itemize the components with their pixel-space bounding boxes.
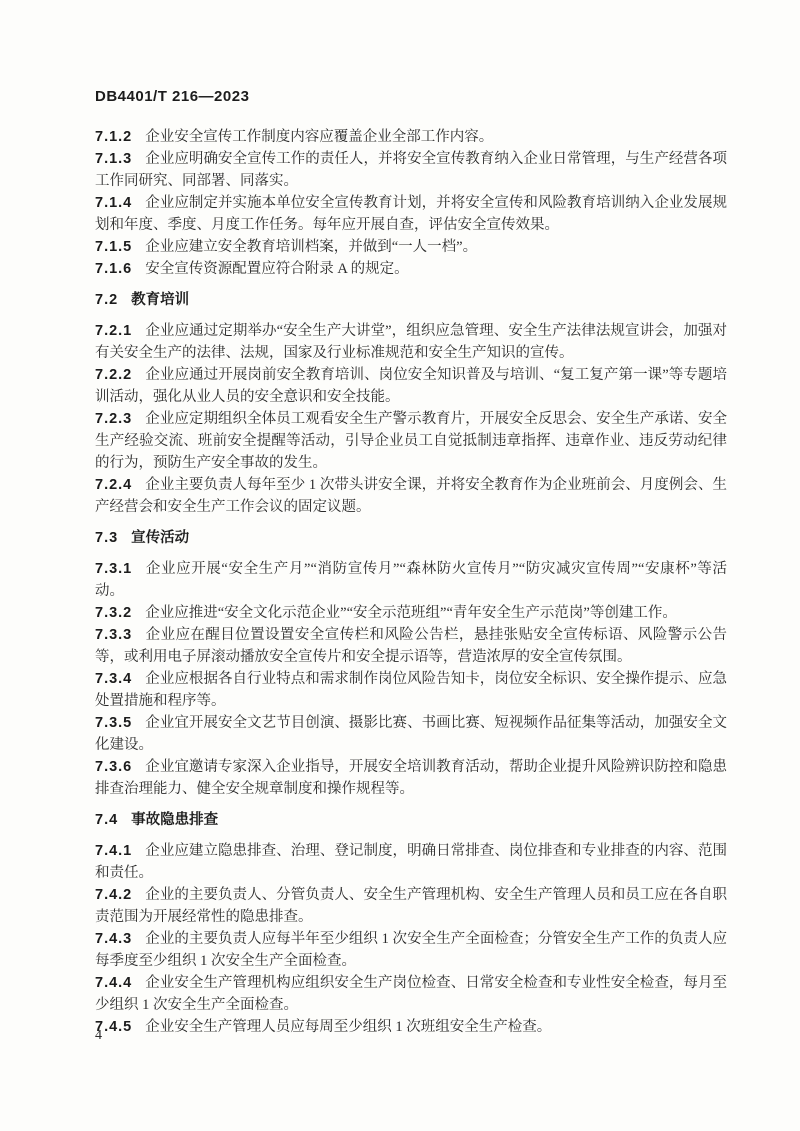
clause-number: 7.3 [95, 530, 118, 546]
clause-text: 企业安全生产管理人员应每周至少组织 1 次班组安全生产检查。 [145, 1019, 551, 1035]
clause-paragraph: 7.3.2企业应推进“安全文化示范企业”“安全示范班组”“青年安全生产示范岗”等… [95, 602, 727, 624]
clause-number: 7.3.2 [95, 605, 132, 621]
standard-code-header: DB4401/T 216—2023 [95, 88, 249, 105]
clause-paragraph: 7.4.4企业安全生产管理机构应组织安全生产岗位检查、日常安全检查和专业性安全检… [95, 972, 727, 1016]
section-heading: 7.4事故隐患排查 [95, 809, 727, 831]
clause-number: 7.1.2 [95, 129, 132, 145]
clause-text: 企业应通过定期举办“安全生产大讲堂”，组织应急管理、安全生产法律法规宣讲会，加强… [95, 323, 727, 361]
clause-text: 企业应明确安全宣传工作的责任人，并将安全宣传教育纳入企业日常管理，与生产经营各项… [95, 151, 727, 189]
clause-paragraph: 7.3.3企业应在醒目位置设置安全宣传栏和风险公告栏，悬挂张贴安全宣传标语、风险… [95, 624, 727, 668]
clause-number: 7.2.2 [95, 367, 132, 383]
clause-text: 企业应建立隐患排查、治理、登记制度，明确日常排查、岗位排查和专业排查的内容、范围… [95, 843, 727, 881]
clause-paragraph: 7.1.5企业应建立安全教育培训档案，并做到“一人一档”。 [95, 236, 727, 258]
clause-text: 企业应在醒目位置设置安全宣传栏和风险公告栏，悬挂张贴安全宣传标语、风险警示公告等… [95, 627, 727, 665]
clause-number: 7.2.1 [95, 323, 132, 339]
clause-text: 安全宣传资源配置应符合附录 A 的规定。 [145, 261, 408, 277]
clause-number: 7.3.4 [95, 671, 132, 687]
clause-number: 7.4 [95, 812, 118, 828]
clause-number: 7.4.4 [95, 975, 132, 991]
clause-paragraph: 7.4.2企业的主要负责人、分管负责人、安全生产管理机构、安全生产管理人员和员工… [95, 884, 727, 928]
page-number: 4 [95, 1028, 102, 1044]
clause-paragraph: 7.4.1企业应建立隐患排查、治理、登记制度，明确日常排查、岗位排查和专业排查的… [95, 840, 727, 884]
clause-number: 7.1.5 [95, 239, 132, 255]
clause-paragraph: 7.1.3企业应明确安全宣传工作的责任人，并将安全宣传教育纳入企业日常管理，与生… [95, 148, 727, 192]
clause-text: 企业应制定并实施本单位安全宣传教育计划，并将安全宣传和风险教育培训纳入企业发展规… [95, 195, 727, 233]
clause-paragraph: 7.3.6企业宜邀请专家深入企业指导，开展安全培训教育活动，帮助企业提升风险辨识… [95, 756, 727, 800]
clause-number: 7.3.5 [95, 715, 132, 731]
clause-text: 企业安全生产管理机构应组织安全生产岗位检查、日常安全检查和专业性安全检查，每月至… [95, 975, 727, 1013]
clause-paragraph: 7.3.5企业宜开展安全文艺节目创演、摄影比赛、书画比赛、短视频作品征集等活动，… [95, 712, 727, 756]
clause-paragraph: 7.2.1企业应通过定期举办“安全生产大讲堂”，组织应急管理、安全生产法律法规宣… [95, 320, 727, 364]
clause-paragraph: 7.4.3企业的主要负责人应每半年至少组织 1 次安全生产全面检查；分管安全生产… [95, 928, 727, 972]
clause-paragraph: 7.4.5企业安全生产管理人员应每周至少组织 1 次班组安全生产检查。 [95, 1016, 727, 1038]
clause-paragraph: 7.2.3企业应定期组织全体员工观看安全生产警示教育片，开展安全反思会、安全生产… [95, 408, 727, 474]
clause-text: 企业应推进“安全文化示范企业”“安全示范班组”“青年安全生产示范岗”等创建工作。 [145, 605, 677, 621]
clause-number: 7.1.6 [95, 261, 132, 277]
clause-paragraph: 7.1.4企业应制定并实施本单位安全宣传教育计划，并将安全宣传和风险教育培训纳入… [95, 192, 727, 236]
clause-text: 企业主要负责人每年至少 1 次带头讲安全课，并将安全教育作为企业班前会、月度例会… [95, 477, 727, 515]
clause-text: 企业应开展“安全生产月”“消防宣传月”“森林防火宣传月”“防灾减灾宣传周”“安康… [95, 561, 727, 599]
document-page: DB4401/T 216—2023 7.1.2企业安全宣传工作制度内容应覆盖企业… [0, 0, 800, 1131]
clause-text: 企业应建立安全教育培训档案，并做到“一人一档”。 [145, 239, 477, 255]
clause-text: 企业应通过开展岗前安全教育培训、岗位安全知识普及与培训、“复工复产第一课”等专题… [95, 367, 727, 405]
clause-text: 企业的主要负责人应每半年至少组织 1 次安全生产全面检查；分管安全生产工作的负责… [95, 931, 727, 969]
clause-number: 7.4.3 [95, 931, 132, 947]
clause-paragraph: 7.2.2企业应通过开展岗前安全教育培训、岗位安全知识普及与培训、“复工复产第一… [95, 364, 727, 408]
section-title: 教育培训 [131, 292, 189, 308]
clause-number: 7.2 [95, 292, 118, 308]
clause-number: 7.2.4 [95, 477, 132, 493]
clause-text: 企业应根据各自行业特点和需求制作岗位风险告知卡，岗位安全标识、安全操作提示、应急… [95, 671, 727, 709]
clause-paragraph: 7.3.1企业应开展“安全生产月”“消防宣传月”“森林防火宣传月”“防灾减灾宣传… [95, 558, 727, 602]
section-title: 事故隐患排查 [131, 812, 218, 828]
clause-number: 7.3.3 [95, 627, 132, 643]
clause-number: 7.2.3 [95, 411, 132, 427]
clause-text: 企业宜开展安全文艺节目创演、摄影比赛、书画比赛、短视频作品征集等活动，加强安全文… [95, 715, 727, 753]
section-heading: 7.3宣传活动 [95, 527, 727, 549]
section-title: 宣传活动 [131, 530, 189, 546]
clause-text: 企业宜邀请专家深入企业指导，开展安全培训教育活动，帮助企业提升风险辨识防控和隐患… [95, 759, 727, 797]
document-body: 7.1.2企业安全宣传工作制度内容应覆盖企业全部工作内容。7.1.3企业应明确安… [95, 126, 727, 1038]
section-heading: 7.2教育培训 [95, 289, 727, 311]
clause-paragraph: 7.2.4企业主要负责人每年至少 1 次带头讲安全课，并将安全教育作为企业班前会… [95, 474, 727, 518]
clause-number: 7.4.2 [95, 887, 132, 903]
clause-paragraph: 7.1.2企业安全宣传工作制度内容应覆盖企业全部工作内容。 [95, 126, 727, 148]
clause-text: 企业应定期组织全体员工观看安全生产警示教育片，开展安全反思会、安全生产承诺、安全… [95, 411, 727, 471]
clause-number: 7.1.3 [95, 151, 132, 167]
clause-number: 7.4.1 [95, 843, 132, 859]
clause-number: 7.1.4 [95, 195, 132, 211]
clause-number: 7.3.1 [95, 561, 132, 577]
clause-text: 企业安全宣传工作制度内容应覆盖企业全部工作内容。 [145, 129, 493, 145]
clause-paragraph: 7.1.6安全宣传资源配置应符合附录 A 的规定。 [95, 258, 727, 280]
clause-paragraph: 7.3.4企业应根据各自行业特点和需求制作岗位风险告知卡，岗位安全标识、安全操作… [95, 668, 727, 712]
clause-text: 企业的主要负责人、分管负责人、安全生产管理机构、安全生产管理人员和员工应在各自职… [95, 887, 727, 925]
clause-number: 7.3.6 [95, 759, 132, 775]
